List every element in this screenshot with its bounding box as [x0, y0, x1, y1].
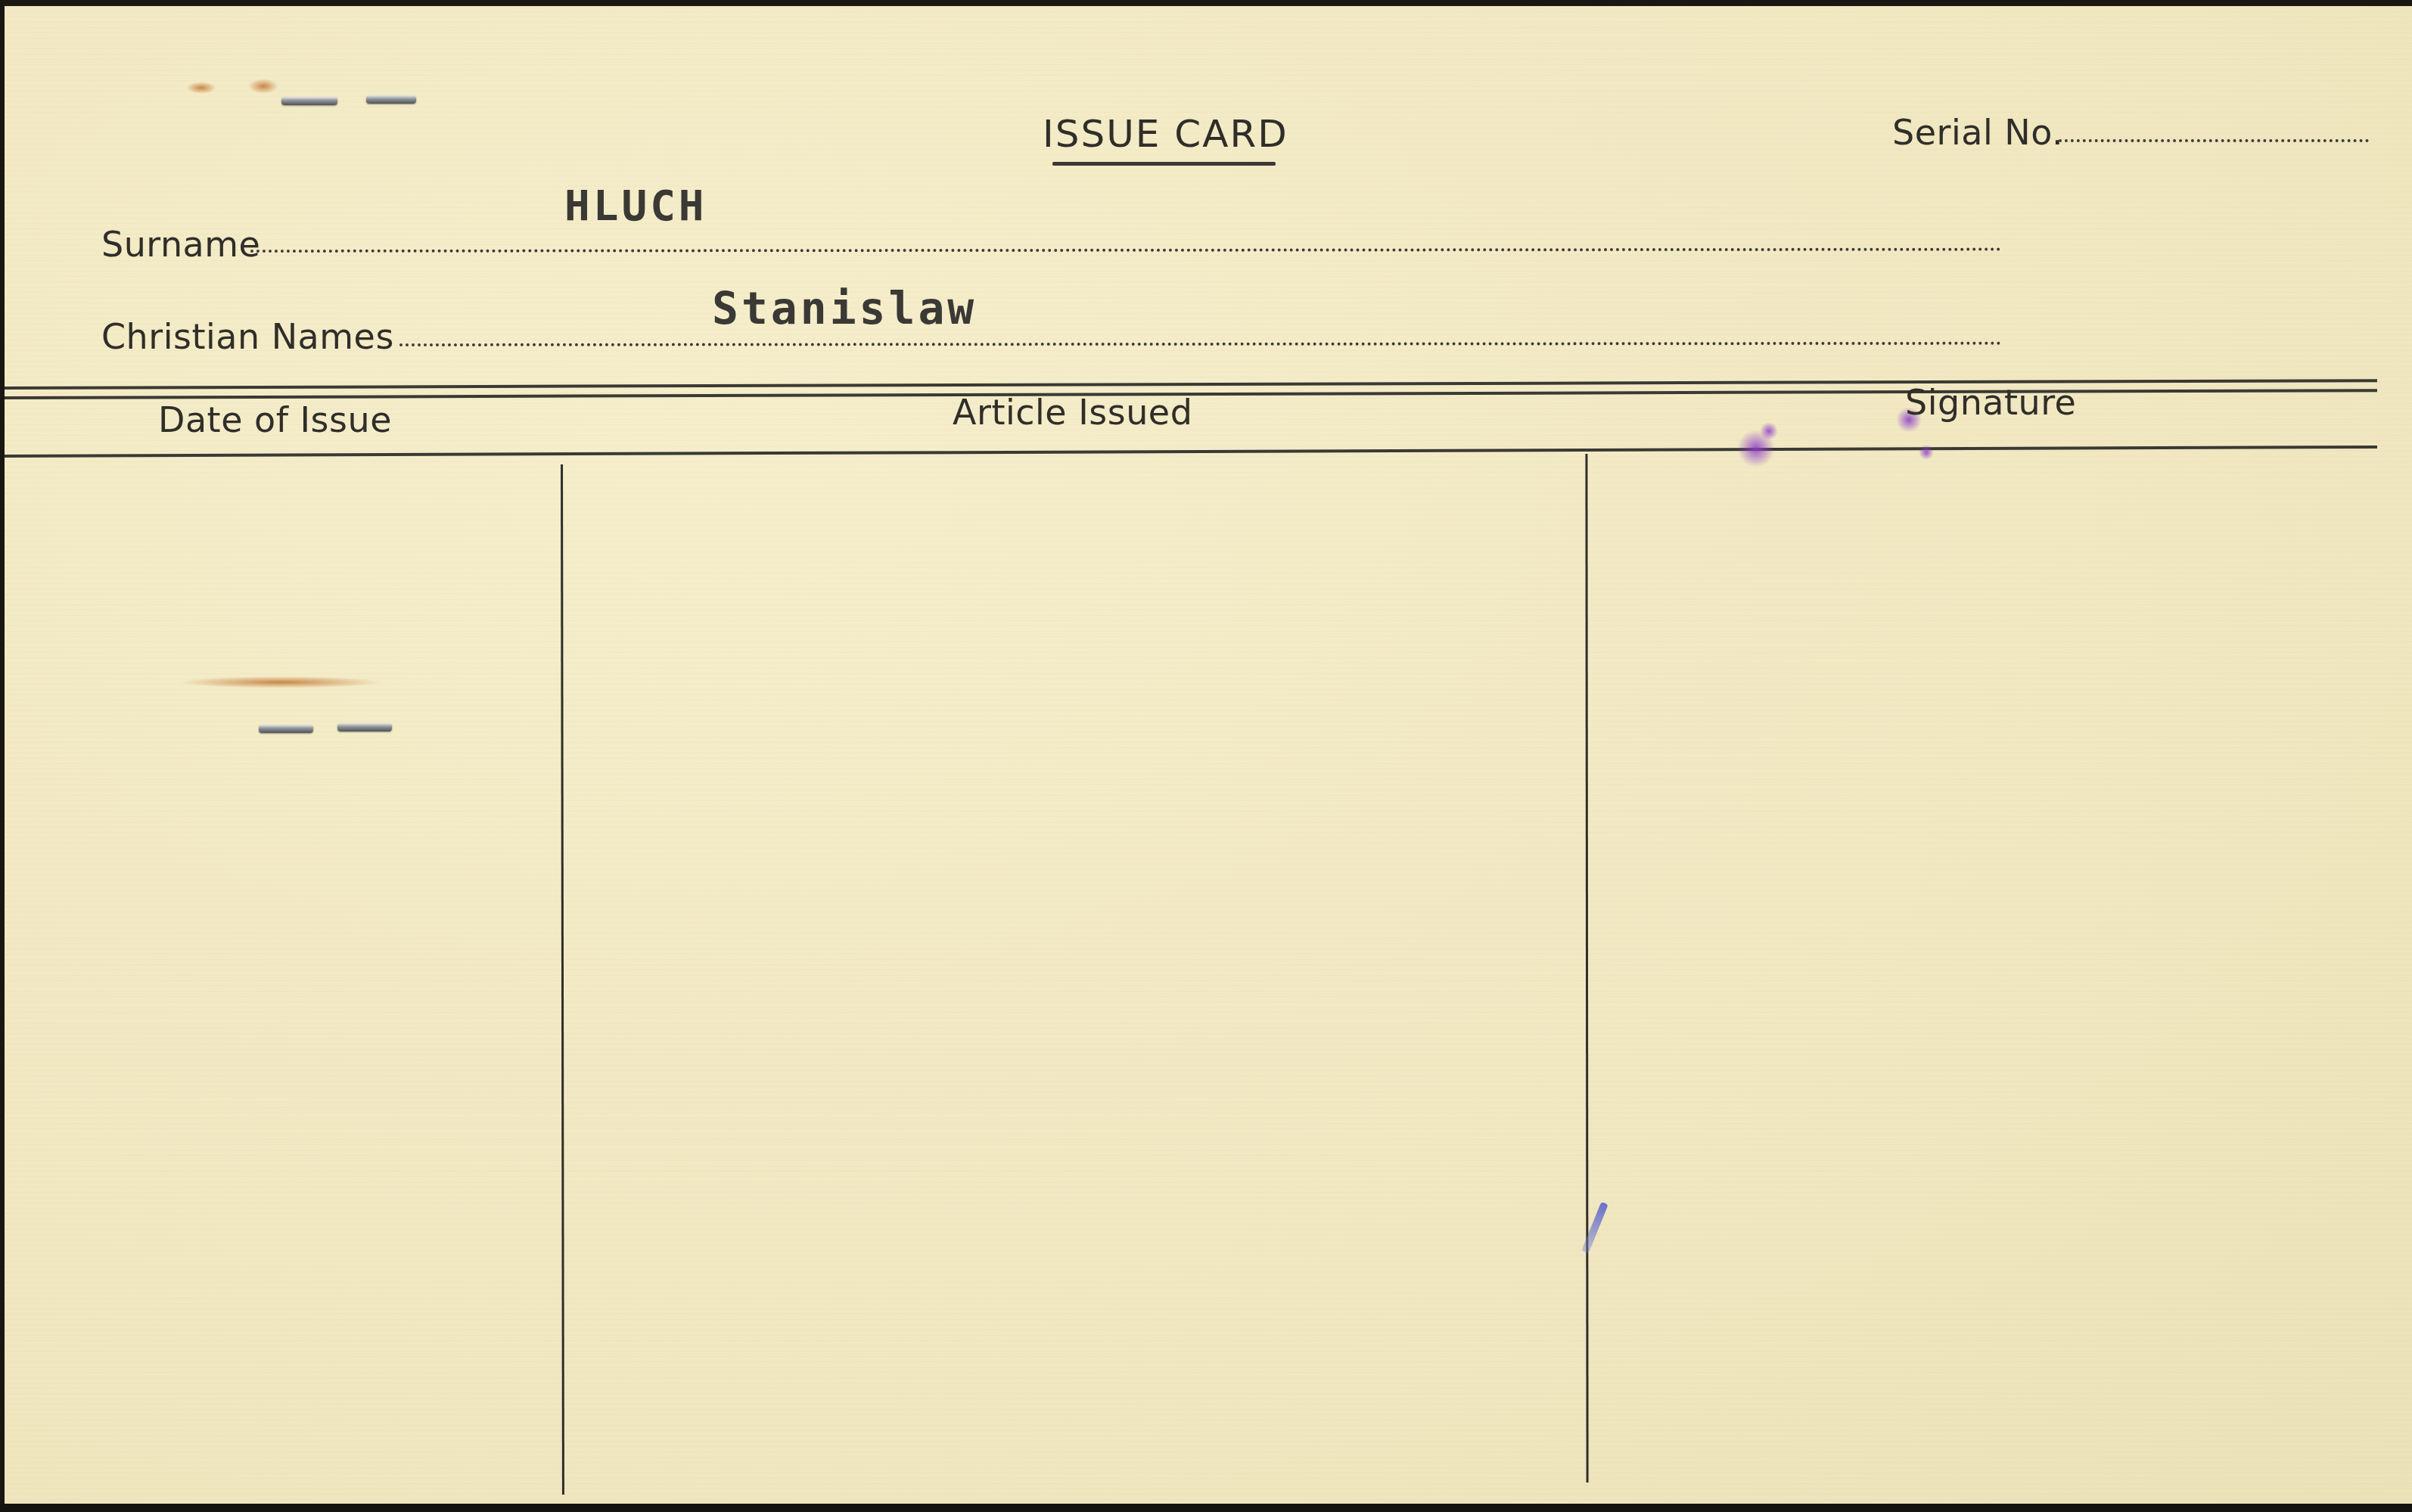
- issue-card: ISSUE CARD Serial No. Surname HLUCH Chri…: [5, 6, 2412, 1505]
- column-header-signature: Signature: [1905, 382, 2076, 423]
- column-divider: [561, 464, 564, 1495]
- rust-stain: [186, 82, 216, 94]
- column-header-date-of-issue: Date of Issue: [158, 399, 392, 440]
- serial-number-field[interactable]: [2059, 139, 2369, 142]
- serial-number-label: Serial No.: [1892, 112, 2063, 153]
- christian-names-value: Stanislaw: [712, 283, 977, 334]
- surname-field-line: [250, 248, 2002, 253]
- surname-value: HLUCH: [564, 182, 707, 231]
- signature-column[interactable]: [1590, 460, 2407, 1489]
- article-issued-column[interactable]: [566, 467, 1583, 1496]
- card-title: ISSUE CARD: [1043, 112, 1288, 156]
- rust-stain: [248, 79, 278, 94]
- staple-mark: [366, 95, 416, 104]
- title-underline: [1052, 162, 1276, 166]
- surname-label: Surname: [101, 224, 260, 265]
- column-header-rule: [5, 446, 2377, 458]
- stamp-residue: [1919, 445, 1934, 460]
- christian-names-label: Christian Names: [101, 316, 394, 357]
- column-header-article-issued: Article Issued: [953, 392, 1192, 433]
- scan-edge: [0, 1504, 2412, 1512]
- stamp-residue: [1760, 422, 1778, 440]
- christian-names-field-line: [399, 342, 2002, 346]
- staple-mark: [281, 97, 337, 105]
- column-divider: [1585, 454, 1588, 1483]
- date-of-issue-column[interactable]: [5, 467, 560, 1496]
